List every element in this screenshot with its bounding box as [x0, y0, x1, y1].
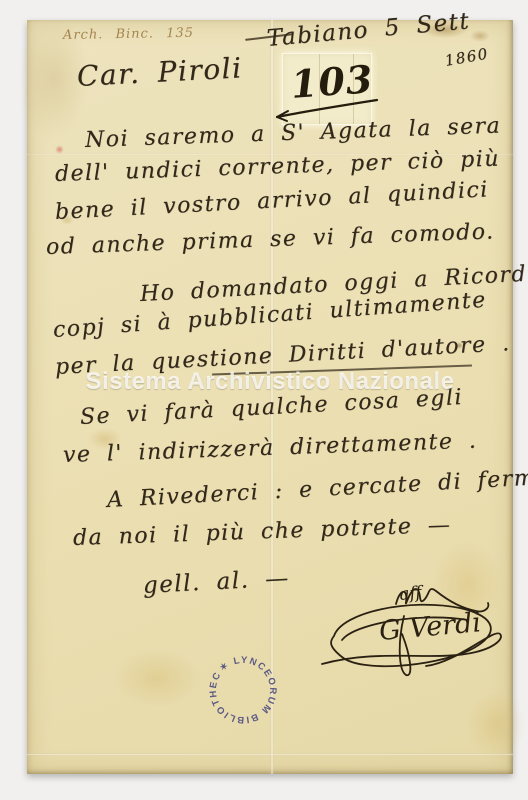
signature-flourish-text: aff	[398, 582, 425, 605]
fold-crease-horizontal	[27, 753, 513, 756]
stain	[55, 145, 64, 154]
dateline-year: 1860	[443, 44, 490, 69]
svg-text:✶ LYNCEORUM BIBLIOTHECA: ✶ LYNCEORUM BIBLIOTHECA	[179, 628, 292, 750]
scan-background: Arch. Binc. 135 Tabiano 5 Sett 1860 103 …	[0, 0, 528, 800]
signature-flourish: G Verdi aff	[318, 578, 513, 683]
dateline: Tabiano 5 Sett	[266, 8, 471, 52]
archival-note: Arch. Binc. 135	[63, 26, 194, 43]
closing: gell. al. —	[142, 565, 290, 599]
stain	[470, 30, 490, 42]
letter-line: A Rivederci : e cercate di fermarvi	[106, 463, 528, 513]
library-stamp-text: ✶ LYNCEORUM BIBLIOTHECA	[179, 628, 292, 750]
watermark: Sistema Archivistico Nazionale	[27, 368, 513, 396]
library-stamp: ✶ LYNCEORUM BIBLIOTHECA	[179, 626, 306, 753]
signature-text: G Verdi	[378, 607, 482, 647]
salutation: Car. Piroli	[76, 51, 243, 93]
letter-paper: Arch. Binc. 135 Tabiano 5 Sett 1860 103 …	[27, 20, 513, 774]
letter-line: da noi il più che potrete —	[73, 513, 452, 551]
stain	[466, 690, 526, 760]
